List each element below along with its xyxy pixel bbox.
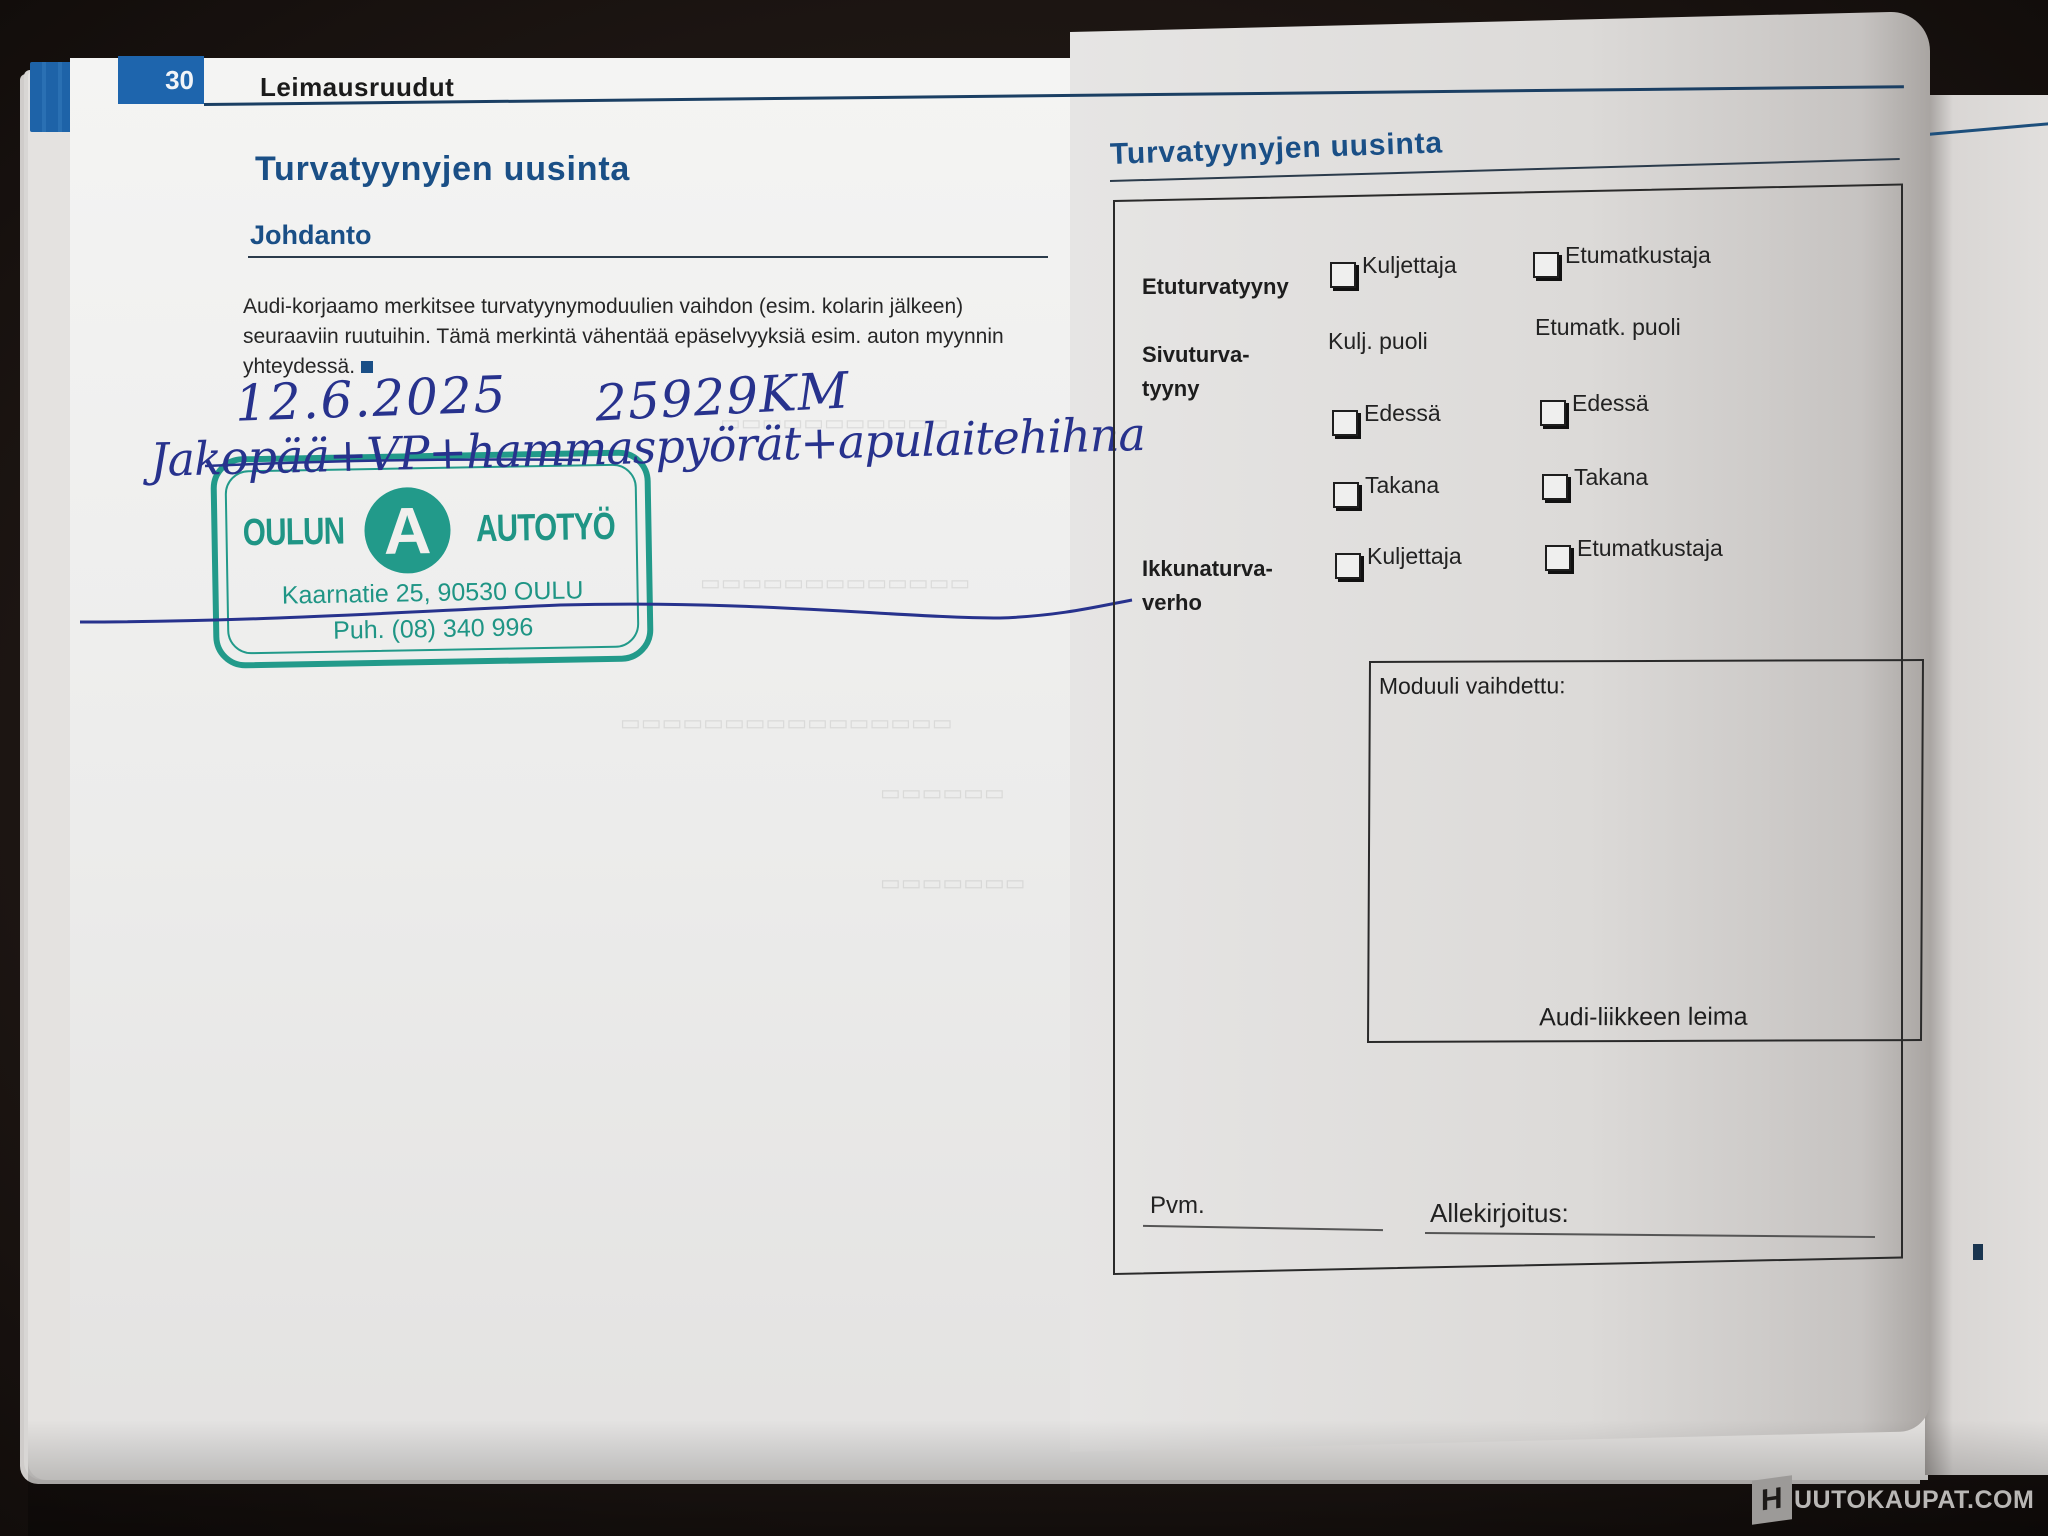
checkbox-side-passenger-front[interactable]: Edessä — [1540, 390, 1649, 426]
label-line: tyyny — [1142, 372, 1250, 406]
checkbox-icon[interactable] — [1540, 400, 1566, 426]
end-of-section-marker — [1973, 1244, 1983, 1260]
column-driver-side: Kulj. puoli — [1328, 328, 1428, 355]
option-label: Takana — [1365, 472, 1439, 499]
module-replaced-box[interactable]: Moduuli vaihdettu: Audi-liikkeen leima — [1367, 659, 1924, 1043]
checkbox-curtain-passenger[interactable]: Etumatkustaja — [1545, 535, 1723, 571]
label-line: Ikkunaturva- — [1142, 552, 1273, 586]
label-line: Sivuturva- — [1142, 338, 1250, 372]
option-label: Edessä — [1572, 390, 1649, 417]
label-front-airbag: Etuturvatyyny — [1142, 270, 1289, 304]
checkbox-icon[interactable] — [1333, 482, 1359, 508]
checkbox-curtain-driver[interactable]: Kuljettaja — [1335, 543, 1462, 579]
page-bottom-shadow — [28, 1420, 2048, 1536]
checkbox-icon[interactable] — [1542, 474, 1568, 500]
checkbox-side-driver-rear[interactable]: Takana — [1333, 472, 1439, 508]
label-line: verho — [1142, 586, 1273, 620]
airbag-form: Turvatyynyjen uusinta Etuturvatyyny Kulj… — [0, 0, 2048, 1536]
option-label: Takana — [1574, 464, 1648, 491]
checkbox-side-driver-front[interactable]: Edessä — [1332, 400, 1441, 436]
dealer-stamp-label: Audi-liikkeen leima — [1539, 1003, 1748, 1033]
label-curtain-airbag: Ikkunaturva- verho — [1142, 552, 1273, 620]
option-label: Edessä — [1364, 400, 1441, 427]
checkbox-front-driver[interactable]: Kuljettaja — [1330, 252, 1457, 288]
option-label: Etumatkustaja — [1565, 242, 1711, 269]
option-label: Kuljettaja — [1367, 543, 1462, 570]
signature-label: Allekirjoitus: — [1430, 1198, 1569, 1229]
watermark-text: UUTOKAUPAT.COM — [1794, 1486, 2034, 1515]
date-label: Pvm. — [1150, 1192, 1205, 1220]
cube-logo-icon: H — [1752, 1475, 1792, 1525]
label-side-airbag: Sivuturva- tyyny — [1142, 338, 1250, 406]
cube-letter: H — [1761, 1481, 1783, 1518]
module-replaced-label: Moduuli vaihdettu: — [1379, 672, 1566, 700]
column-passenger-side: Etumatk. puoli — [1535, 314, 1681, 341]
checkbox-icon[interactable] — [1545, 545, 1571, 571]
checkbox-side-passenger-rear[interactable]: Takana — [1542, 464, 1648, 500]
option-label: Etumatkustaja — [1577, 535, 1723, 562]
watermark: H UUTOKAUPAT.COM — [1752, 1478, 2034, 1522]
checkbox-front-passenger[interactable]: Etumatkustaja — [1533, 242, 1711, 278]
option-label: Kuljettaja — [1362, 252, 1457, 279]
checkbox-icon[interactable] — [1332, 410, 1358, 436]
right-page-title: Turvatyynyjen uusinta — [1109, 126, 1443, 172]
checkbox-icon[interactable] — [1533, 252, 1559, 278]
checkbox-icon[interactable] — [1335, 553, 1361, 579]
checkbox-icon[interactable] — [1330, 262, 1356, 288]
